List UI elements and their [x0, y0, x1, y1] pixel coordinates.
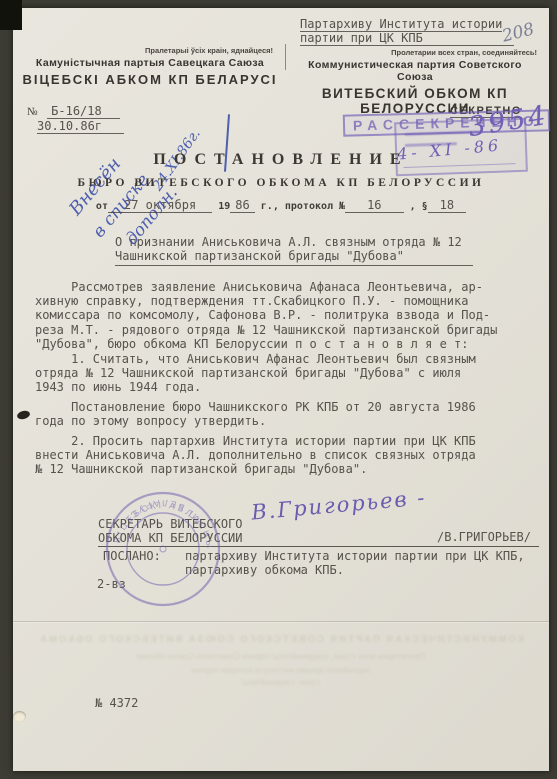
svg-text:КП БЕЛАРУСІ: КП БЕЛАРУСІ — [123, 498, 204, 526]
doc-subtitle: БЮРО ВИТЕБСКОГО ОБКОМА КП БЕЛОРУССИИ — [13, 177, 549, 189]
party-right: Коммунистическая партия Советского Союза — [289, 59, 541, 83]
dateline-day-month: 27 октября — [108, 198, 212, 213]
slogan-left: Пралетарыі ўсіх краін, яднайцеся! — [21, 46, 279, 55]
subject-underline — [115, 265, 473, 266]
dateline-from-label: от — [96, 201, 108, 212]
dateline-par-label: , § — [410, 201, 428, 212]
dateline-century: 19 — [218, 201, 230, 212]
dateline-middle-label: г., протокол № — [261, 201, 345, 212]
doc-number: № 4372 — [95, 696, 138, 710]
subject: О признании Аниськовича А.Л. связным отр… — [115, 235, 462, 263]
recipient-line2: партии при ЦК КПБ — [300, 31, 514, 46]
dateline-paragraph: 18 — [428, 198, 466, 213]
round-stamp: ВІЦЕБСКІ АБЛАСНЫ КАМІТЭТ КП БЕЛАРУСІ — [103, 488, 223, 610]
ghost-line3: партийного архива института истории парт… — [13, 665, 549, 675]
doc-dateline: от27 октября 1986 г., протокол №16 , §18 — [13, 198, 549, 212]
round-stamp-arc-bottom-text: КП БЕЛАРУСІ — [123, 498, 204, 526]
ref-date: 30.10.86г — [37, 119, 124, 134]
ghost-bleedthrough: КОММУНИСТИЧЕСКАЯ ПАРТИЯ СОВЕТСКОГО СОЮЗА… — [13, 634, 549, 687]
doc-title: ПОСТАНОВЛЕНИЕ — [13, 151, 549, 169]
paper-crease — [13, 621, 549, 622]
ghost-line1: КОММУНИСТИЧЕСКАЯ ПАРТИЯ СОВЕТСКОГО СОЮЗА… — [13, 634, 549, 645]
signature-handwritten: В.Григорьев - — [250, 485, 427, 524]
dateline-protocol: 16 — [345, 198, 403, 213]
no-sign: № — [27, 106, 38, 118]
letterhead-left: Пралетарыі ўсіх краін, яднайцеся! Камуні… — [21, 46, 279, 87]
paragraph-1: Рассмотрев заявление Аниськовича Афанаса… — [35, 280, 497, 351]
punch-hole — [13, 711, 26, 722]
scan-corner-black — [0, 0, 22, 30]
party-left: Камуністычная партыя Савецкага Саюза — [21, 57, 279, 69]
resolution-approve: Постановление бюро Чашникского РК КПБ от… — [35, 400, 476, 428]
staple-mark — [16, 409, 31, 420]
org-left: ВІЦЕБСКІ АБКОМ КП БЕЛАРУСІ — [21, 72, 279, 87]
recipient-line1: Партархиву Института истории — [300, 17, 502, 32]
resolution-item-2: 2. Просить партархив Института истории п… — [35, 434, 476, 477]
dateline-year: 86 — [230, 198, 254, 213]
letterhead-divider — [285, 44, 286, 70]
sent-text: партархиву Института истории партии при … — [185, 549, 525, 577]
slogan-right: Пролетарии всех стран, соединяйтесь! — [289, 48, 541, 57]
signature-name: /В.ГРИГОРЬЕВ/ — [437, 530, 531, 544]
ghost-line4: стран, соединяйтесь! — [13, 678, 549, 687]
ghost-line2: Пролетарии всех стран, соединяйтесь! пар… — [13, 651, 549, 661]
recipient-block: Партархиву Института истории партии при … — [300, 18, 514, 46]
resolution-item-1: 1. Считать, что Аниськович Афанас Леонть… — [35, 352, 476, 395]
document-page: Партархиву Института истории партии при … — [13, 8, 549, 771]
